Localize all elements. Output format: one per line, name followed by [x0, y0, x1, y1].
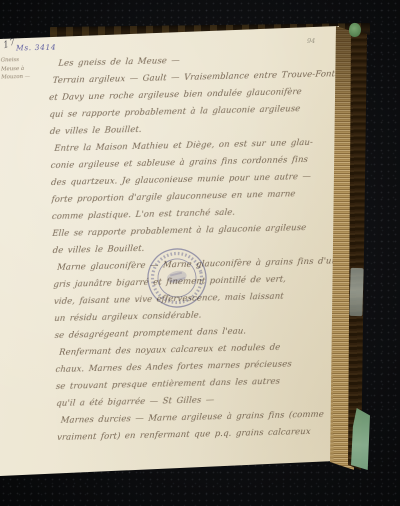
page-number: 94 — [307, 37, 315, 45]
marginal-note: Gneiss Meuse à Mouzon — — [1, 55, 46, 82]
shelfmark-prefix-mark: 17 — [3, 36, 17, 51]
marginal-note-line: Mouzon — — [1, 72, 45, 82]
gray-patch-right-edge — [349, 268, 363, 316]
shelfmark: Ms. 3414 — [16, 43, 56, 53]
photograph-of-manuscript: 17 Ms. 3414 94 Gneiss Meuse à Mouzon — L… — [0, 0, 400, 506]
